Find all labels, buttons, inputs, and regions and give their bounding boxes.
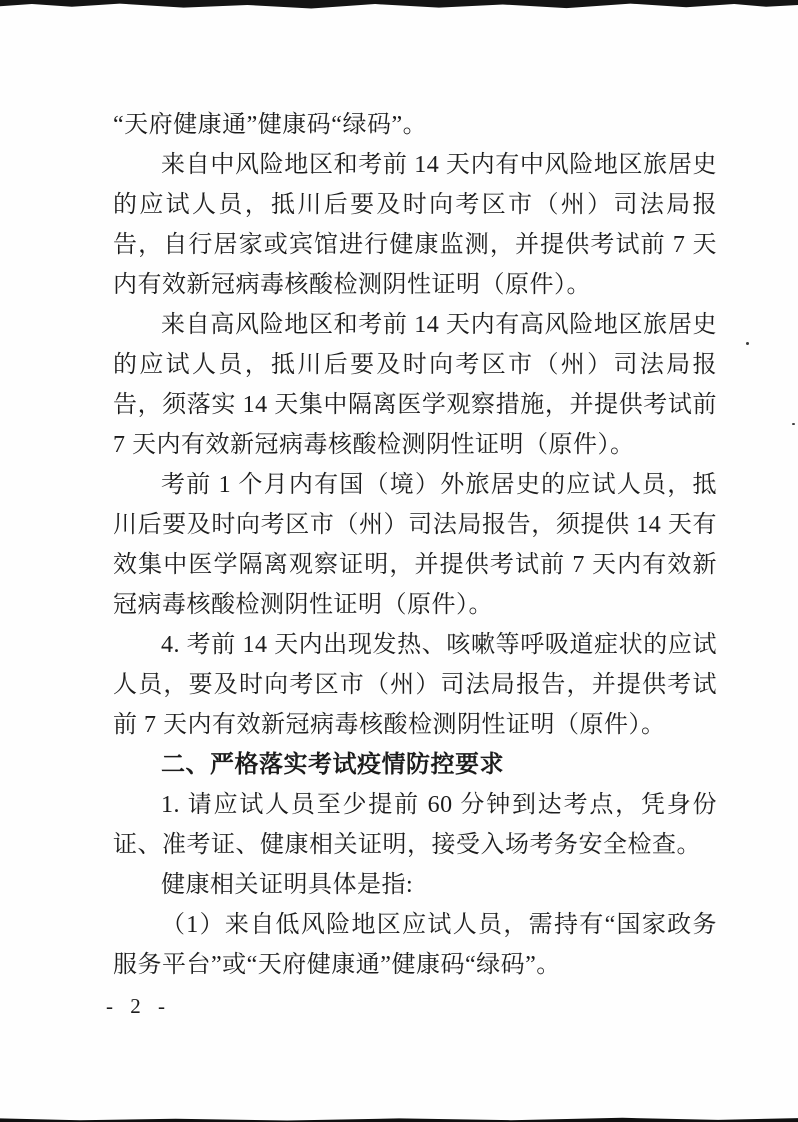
scanned-document-page: “天府健康通”健康码“绿码”。 来自中风险地区和考前 14 天内有中风险地区旅居… <box>0 0 798 1122</box>
paragraph-health-proof-intro: 健康相关证明具体是指: <box>113 865 717 905</box>
scan-speck <box>746 342 749 345</box>
scan-speck <box>792 423 795 425</box>
paragraph-item-1-arrival: 1. 请应试人员至少提前 60 分钟到达考点，凭身份证、准考证、健康相关证明，接… <box>113 785 717 865</box>
scan-artifact-top-edge <box>0 0 798 9</box>
paragraph-high-risk: 来自高风险地区和考前 14 天内有高风险地区旅居史的应试人员，抵川后要及时向考区… <box>113 305 717 465</box>
page-number: - 2 - <box>106 994 171 1019</box>
paragraph-continuation: “天府健康通”健康码“绿码”。 <box>113 105 717 145</box>
paragraph-item-4-symptoms: 4. 考前 14 天内出现发热、咳嗽等呼吸道症状的应试人员，要及时向考区市（州）… <box>113 625 717 745</box>
paragraph-sub-1-low-risk: （1）来自低风险地区应试人员，需持有“国家政务服务平台”或“天府健康通”健康码“… <box>113 905 717 985</box>
document-body: “天府健康通”健康码“绿码”。 来自中风险地区和考前 14 天内有中风险地区旅居… <box>113 105 717 985</box>
scan-artifact-bottom-edge <box>0 1116 798 1122</box>
paragraph-overseas-history: 考前 1 个月内有国（境）外旅居史的应试人员，抵川后要及时向考区市（州）司法局报… <box>113 465 717 625</box>
paragraph-medium-risk: 来自中风险地区和考前 14 天内有中风险地区旅居史的应试人员，抵川后要及时向考区… <box>113 145 717 305</box>
section-heading-epidemic-requirements: 二、严格落实考试疫情防控要求 <box>113 745 717 785</box>
